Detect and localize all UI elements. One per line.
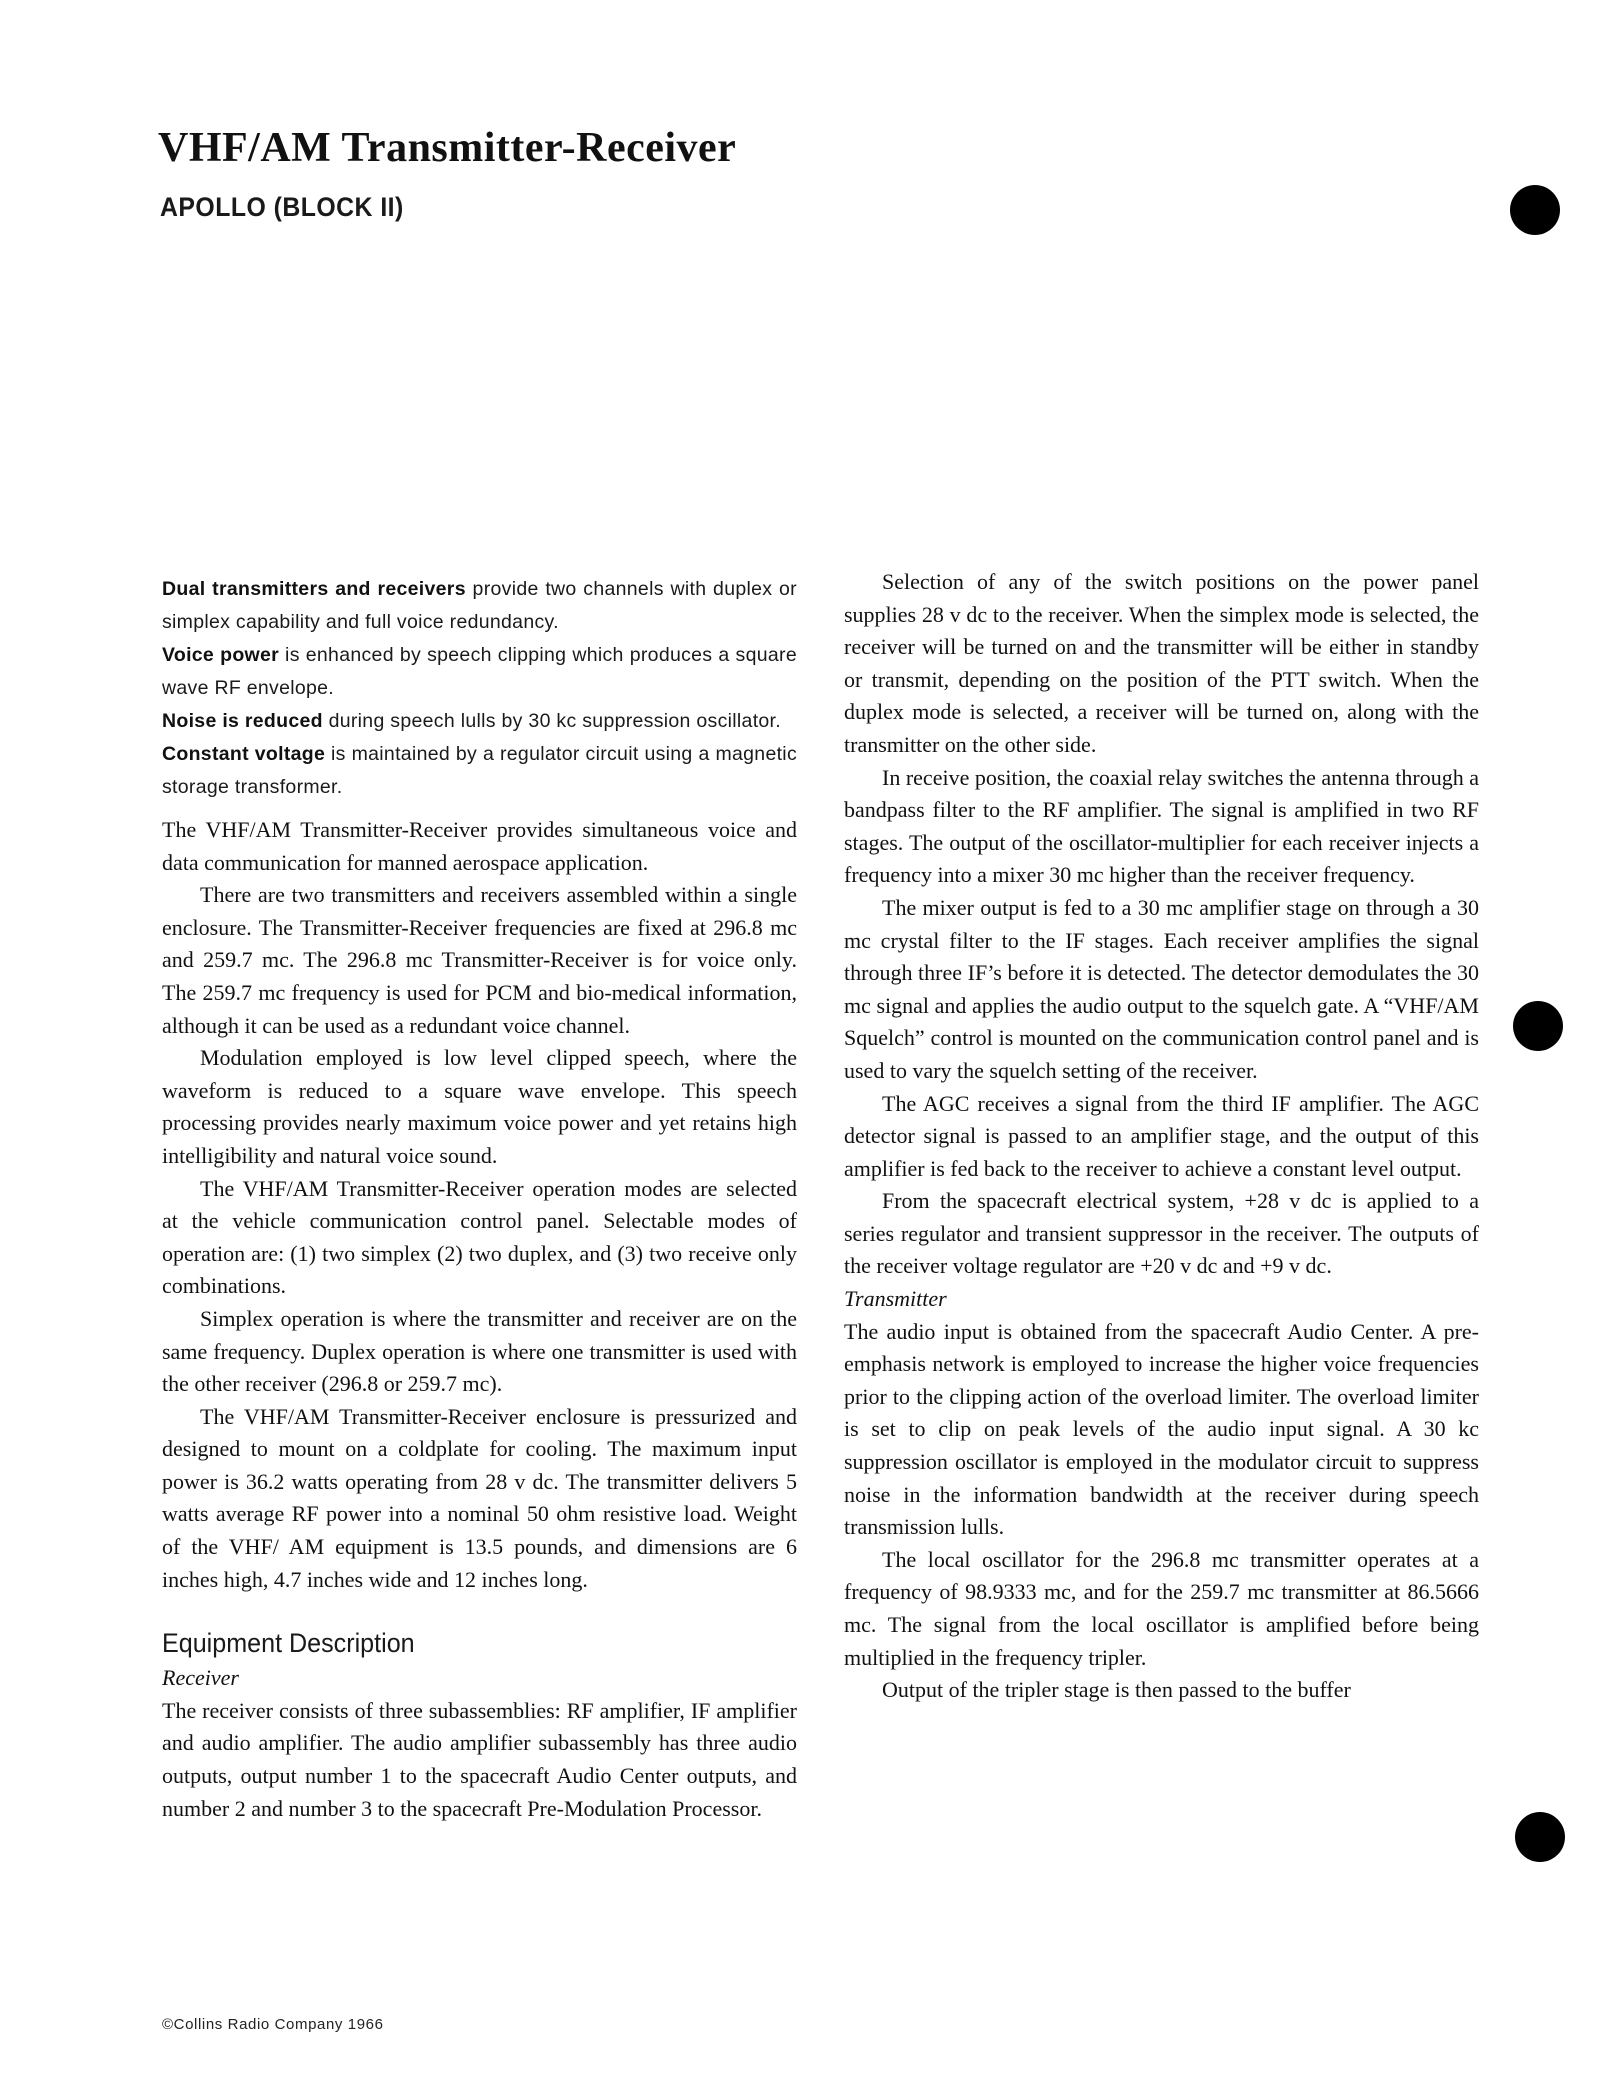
feature-lead: Voice power (162, 644, 279, 666)
binder-hole-icon (1510, 185, 1560, 235)
subsection-heading-receiver: Receiver (162, 1662, 797, 1695)
receiver-body: The receiver consists of three subassemb… (162, 1695, 797, 1825)
feature-list: Dual transmitters and receivers provide … (162, 573, 797, 804)
left-column: Dual transmitters and receivers provide … (162, 573, 797, 1825)
feature-item: Noise is reduced during speech lulls by … (162, 705, 797, 738)
feature-item: Dual transmitters and receivers provide … (162, 573, 797, 639)
page-title: VHF/AM Transmitter-Receiver (158, 124, 736, 172)
receiver-body-continued: Selection of any of the switch positions… (844, 566, 1479, 1283)
feature-text: during speech lulls by 30 kc suppression… (323, 710, 781, 732)
page-subtitle: APOLLO (BLOCK II) (160, 192, 404, 223)
subsection-heading-transmitter: Transmitter (844, 1283, 1479, 1316)
body-paragraph: Modulation employed is low level clipped… (162, 1042, 797, 1172)
binder-hole-icon (1515, 1812, 1565, 1862)
intro-body: The VHF/AM Transmitter-Receiver provides… (162, 814, 797, 1596)
body-paragraph: The VHF/AM Transmitter-Receiver provides… (162, 814, 797, 879)
body-paragraph: Output of the tripler stage is then pass… (844, 1674, 1479, 1707)
body-paragraph: The local oscillator for the 296.8 mc tr… (844, 1544, 1479, 1674)
body-paragraph: The VHF/AM Transmitter-Receiver enclosur… (162, 1401, 797, 1597)
feature-lead: Dual transmitters and receivers (162, 578, 466, 600)
body-paragraph: The audio input is obtained from the spa… (844, 1316, 1479, 1544)
binder-hole-icon (1513, 1001, 1563, 1051)
copyright-footer: ©Collins Radio Company 1966 (162, 2016, 384, 2033)
right-column: Selection of any of the switch positions… (844, 566, 1479, 1707)
feature-item: Constant voltage is maintained by a regu… (162, 738, 797, 804)
section-heading: Equipment Description (162, 1626, 753, 1660)
body-paragraph: The AGC receives a signal from the third… (844, 1088, 1479, 1186)
feature-lead: Constant voltage (162, 743, 325, 765)
body-paragraph: The mixer output is fed to a 30 mc ampli… (844, 892, 1479, 1088)
feature-item: Voice power is enhanced by speech clippi… (162, 639, 797, 705)
body-paragraph: There are two transmitters and receivers… (162, 879, 797, 1042)
body-paragraph: From the spacecraft electrical system, +… (844, 1185, 1479, 1283)
body-paragraph: The receiver consists of three subassemb… (162, 1695, 797, 1825)
transmitter-body: The audio input is obtained from the spa… (844, 1316, 1479, 1707)
body-paragraph: Selection of any of the switch positions… (844, 566, 1479, 762)
feature-lead: Noise is reduced (162, 710, 323, 732)
body-paragraph: Simplex operation is where the transmitt… (162, 1303, 797, 1401)
body-paragraph: In receive position, the coaxial relay s… (844, 762, 1479, 892)
body-paragraph: The VHF/AM Transmitter-Receiver operatio… (162, 1173, 797, 1303)
